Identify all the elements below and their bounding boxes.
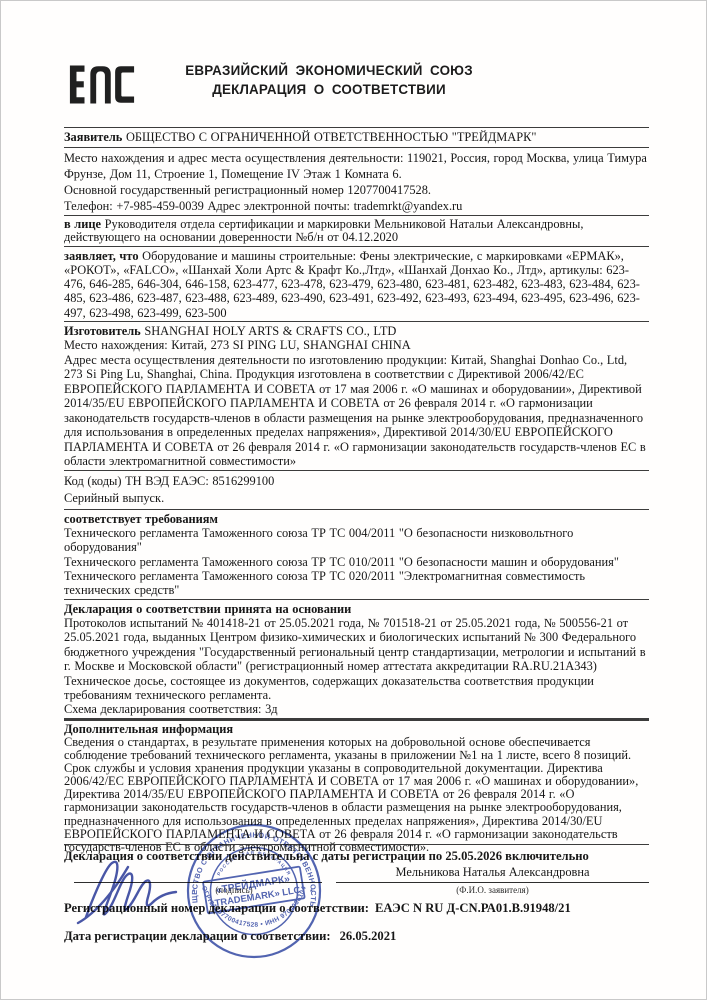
declaration-page: ЕВРАЗИЙСКИЙ ЭКОНОМИЧЕСКИЙ СОЮЗ ДЕКЛАРАЦИ… — [0, 0, 707, 1000]
authorized-person-row: в лице Руководителя отдела сертификации … — [64, 216, 649, 247]
applicant-name: ОБЩЕСТВО С ОГРАНИЧЕННОЙ ОТВЕТСТВЕННОСТЬЮ… — [126, 130, 536, 144]
compliance-item: Технического регламента Таможенного союз… — [64, 526, 649, 555]
product-description: Оборудование и машины строительные: Фены… — [64, 249, 640, 320]
codes-row: Код (коды) ТН ВЭД ЕАЭС: 8516299100 Серий… — [64, 471, 649, 510]
stamp-inner-text: РОССИЙСКАЯ ФЕДЕРАЦИЯ — [216, 850, 292, 876]
compliance-item: Технического регламента Таможенного союз… — [64, 569, 649, 598]
stamp-star-left: * — [193, 889, 196, 896]
compliance-label: соответствует требованиям — [64, 512, 649, 526]
manufacturer-location: Место нахождения: Китай, 273 SI PING LU,… — [64, 338, 649, 353]
declaration-scheme: Схема декларирования соответствия: 3д — [64, 702, 649, 716]
applicant-contacts: Телефон: +7-985-459-0039 Адрес электронн… — [64, 198, 649, 214]
registration-number-value: ЕАЭС N RU Д-CN.РА01.В.91948/21 — [375, 901, 571, 915]
declares-label: заявляет, что — [64, 249, 139, 263]
additional-info-text: Сведения о стандартах, в результате прим… — [64, 736, 649, 854]
technical-dossier: Техническое досье, состоящее из документ… — [64, 674, 649, 703]
applicant-details-row: Место нахождения и адрес места осуществл… — [64, 148, 649, 216]
applicant-label: Заявитель — [64, 130, 122, 144]
compliance-row: соответствует требованиям Технического р… — [64, 510, 649, 600]
applicant-ogrn: Основной государственный регистрационный… — [64, 182, 649, 198]
declaration-table: Заявитель ОБЩЕСТВО С ОГРАНИЧЕННОЙ ОТВЕТС… — [64, 127, 649, 862]
person-text: Руководителя отдела сертификации и марки… — [64, 217, 583, 244]
serial-release: Серийный выпуск. — [64, 490, 649, 508]
tnved-code: Код (коды) ТН ВЭД ЕАЭС: 8516299100 — [64, 473, 649, 491]
manufacturer-production-address: Адрес места осуществления деятельности п… — [64, 353, 649, 469]
document-header: ЕВРАЗИЙСКИЙ ЭКОНОМИЧЕСКИЙ СОЮЗ ДЕКЛАРАЦИ… — [64, 62, 594, 99]
manufacturer-name: SHANGHAI HOLY ARTS & CRAFTS CO., LTD — [144, 324, 396, 338]
manufacturer-label: Изготовитель — [64, 324, 141, 338]
basis-label: Декларация о соответствии принята на осн… — [64, 602, 649, 616]
basis-row: Декларация о соответствии принята на осн… — [64, 600, 649, 719]
document-title: ДЕКЛАРАЦИЯ О СООТВЕТСТВИИ — [64, 81, 594, 100]
company-stamp: ОБЩЕСТВО С ОГРАНИЧЕННОЙ ОТВЕТСТВЕННОСТЬЮ… — [184, 821, 324, 961]
applicant-address: Место нахождения и адрес места осуществл… — [64, 150, 649, 182]
name-caption: (Ф.И.О. заявителя) — [336, 885, 649, 895]
additional-info-label: Дополнительная информация — [64, 723, 649, 736]
test-protocols: Протоколов испытаний № 401418-21 от 25.0… — [64, 616, 649, 674]
person-label: в лице — [64, 217, 101, 231]
stamp-star-right: * — [310, 889, 313, 896]
additional-info-row: Дополнительная информация Сведения о ста… — [64, 719, 649, 862]
product-declaration-row: заявляет, что Оборудование и машины стро… — [64, 247, 649, 322]
manufacturer-row: Изготовитель SHANGHAI HOLY ARTS & CRAFTS… — [64, 322, 649, 471]
svg-text:РОССИЙСКАЯ ФЕДЕРАЦИЯ: РОССИЙСКАЯ ФЕДЕРАЦИЯ — [216, 850, 292, 876]
compliance-item: Технического регламента Таможенного союз… — [64, 555, 649, 569]
signer-name: Мельникова Наталья Александровна — [336, 865, 649, 880]
applicant-row: Заявитель ОБЩЕСТВО С ОГРАНИЧЕННОЙ ОТВЕТС… — [64, 128, 649, 148]
registration-date-value: 26.05.2021 — [340, 929, 397, 943]
signature-section: Декларация о соответствии действительна … — [64, 844, 649, 1000]
name-line — [336, 882, 649, 883]
union-title: ЕВРАЗИЙСКИЙ ЭКОНОМИЧЕСКИЙ СОЮЗ — [64, 62, 594, 81]
